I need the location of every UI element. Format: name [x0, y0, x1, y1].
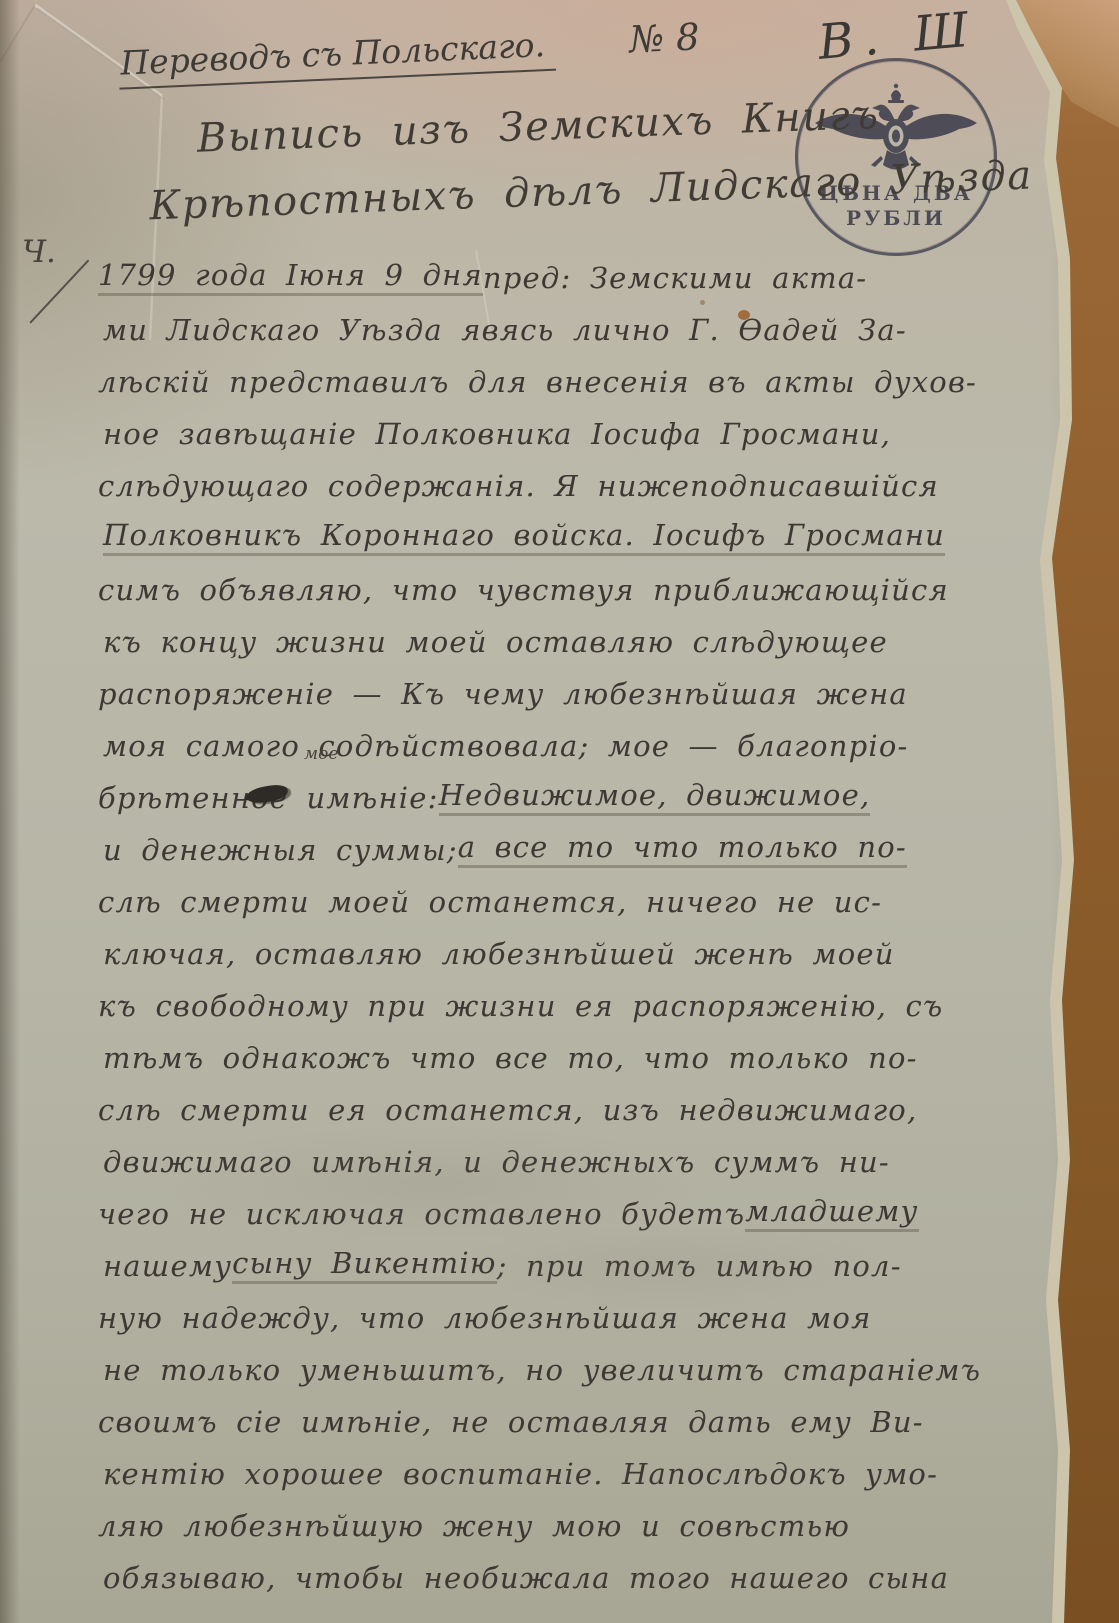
handwritten-line: не только уменьшитъ, но увеличитъ старан… [103, 1344, 981, 1396]
pencil-underline: Недвижимое, движимое, [439, 781, 871, 816]
handwritten-line: слѣ смерти моей останется, ничего не ис- [98, 876, 981, 928]
paper-speck [700, 300, 705, 305]
handwritten-line: лѣскій представилъ для внесенія въ акты … [98, 356, 981, 408]
document-number: № 8 [628, 15, 700, 61]
handwritten-line: чего не исключая оставлено будетъ младше… [98, 1188, 981, 1240]
handwritten-line: распоряженіе — Къ чему любезнѣйшая жена [98, 668, 981, 720]
handwritten-line: ное завѣщаніе Полковника Іосифа Гросмани… [103, 408, 981, 460]
handwritten-line: ми Лидскаго Уѣзда явясь лично Г. Ѳадей З… [103, 304, 981, 356]
handwritten-line: симъ объявляю, что чувствуя приближающій… [98, 564, 981, 616]
handwritten-line: ключая, оставляю любезнѣйшей женѣ моей [103, 928, 981, 980]
superscript-correction: мое [304, 744, 338, 764]
handwritten-line: къ свободному при жизни ея распоряженію,… [98, 980, 981, 1032]
body-text: 1799 года Іюня 9 дня пред: Земскими акта… [98, 252, 981, 1604]
handwritten-line: и денежныя суммы; а все то что только по… [103, 824, 981, 876]
pencil-underline: сыну Викентію [232, 1249, 496, 1284]
handwritten-line: своимъ сіе имѣніе, не оставляя дать ему … [98, 1396, 981, 1448]
handwritten-line: кентію хорошее воспитаніе. Напослѣдокъ у… [103, 1448, 981, 1500]
handwritten-line: Полковникъ Короннаго войска. Іосифъ Грос… [103, 512, 981, 564]
handwritten-line: движимаго имѣнія, и денежныхъ суммъ ни- [103, 1136, 981, 1188]
handwritten-line: моя самого содѣйствовала; мое — благопрі… [103, 720, 981, 772]
photographed-archival-document: { "document": { "header": { "label": "Пе… [0, 0, 1119, 1623]
handwritten-line: брѣтенное имѣніе: Недвижимое, движимое, [98, 772, 981, 824]
pencil-underline: Полковникъ Короннаго войска. Іосифъ Грос… [103, 521, 945, 556]
pencil-underline: 1799 года Іюня 9 дня [98, 261, 483, 296]
pencil-underline: а все то что только по- [458, 833, 907, 868]
handwritten-line: тѣмъ однакожъ что все то, что только по- [103, 1032, 981, 1084]
handwritten-line: нашему сыну Викентію; при томъ имѣю пол- [103, 1240, 981, 1292]
pencil-underline: младшему [745, 1197, 918, 1232]
margin-mark: Ч. [22, 234, 56, 270]
handwritten-line: обязываю, чтобы необижала того нашего сы… [103, 1552, 981, 1604]
rust-stain [738, 310, 750, 320]
handwritten-line: ляю любезнѣйшую жену мою и совѣстью [98, 1500, 981, 1552]
handwritten-line: 1799 года Іюня 9 дня пред: Земскими акта… [98, 252, 981, 304]
handwritten-line: ную надежду, что любезнѣйшая жена моя [98, 1292, 981, 1344]
document-page: Переводъ съ Польскаго. № 8 В. Ш ЦѢНА Д [0, 0, 1119, 1623]
handwritten-line: слѣ смерти ея останется, изъ недвижимаго… [98, 1084, 981, 1136]
handwritten-line: слѣдующаго содержанія. Я нижеподписавшій… [98, 460, 981, 512]
handwritten-line: къ концу жизни моей оставляю слѣдующее [103, 616, 981, 668]
